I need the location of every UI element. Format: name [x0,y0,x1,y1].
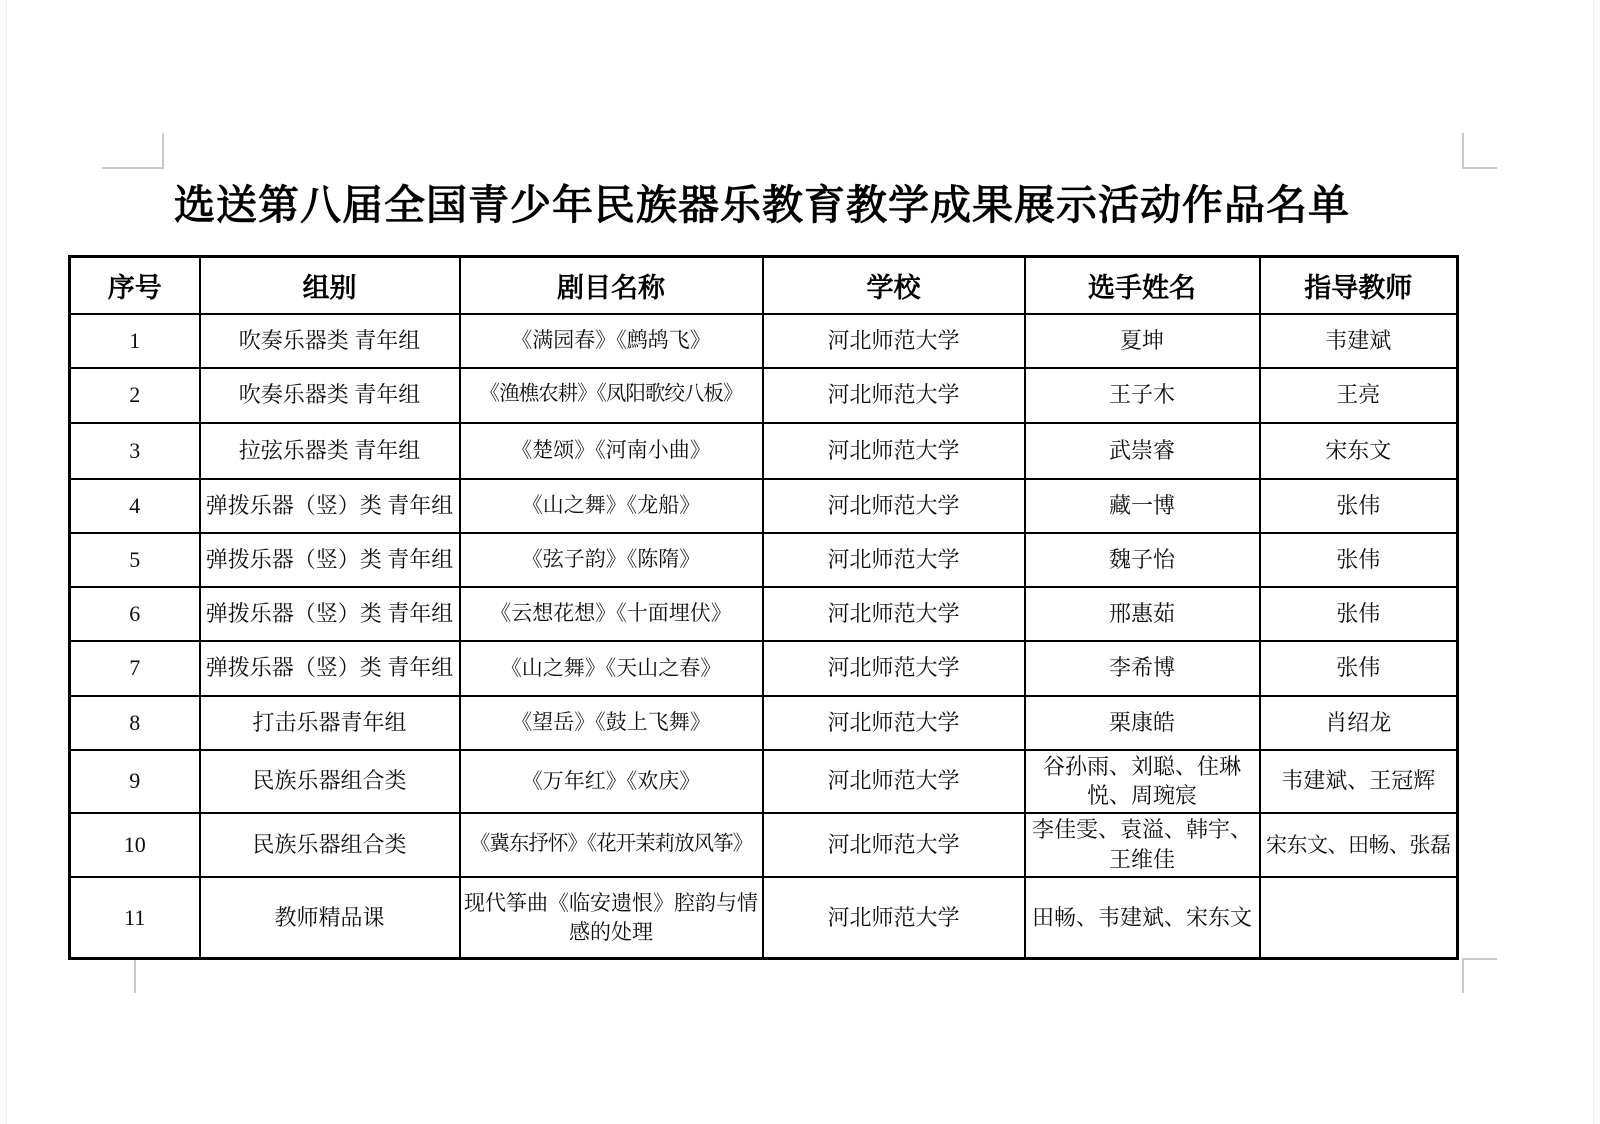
table-cell: 河北师范大学 [763,533,1025,587]
table-cell: 8 [70,696,200,750]
page-title: 选送第八届全国青少年民族器乐教育教学成果展示活动作品名单 [68,172,1456,231]
table-cell: 河北师范大学 [763,696,1025,750]
table-cell: 邢惠茹 [1025,587,1260,641]
table-cell [1260,877,1458,959]
table-cell: 3 [70,423,200,479]
header-cell-group: 组别 [200,257,460,314]
table-cell: 肖绍龙 [1260,696,1458,750]
table-cell: 河北师范大学 [763,641,1025,696]
table-cell: 9 [70,750,200,813]
table-cell: 河北师范大学 [763,479,1025,533]
window-edge-right [1593,0,1600,1124]
table-cell: 《山之舞》《龙船》 [460,479,763,533]
table-row: 8打击乐器青年组《望岳》《鼓上飞舞》河北师范大学栗康皓肖绍龙 [70,696,1458,750]
table-cell: 韦建斌、王冠辉 [1260,750,1458,813]
table-cell: 吹奏乐器类 青年组 [200,314,460,368]
margin-crop-mark-top-right [1462,133,1497,169]
table-cell: 张伟 [1260,587,1458,641]
table-cell: 弹拨乐器（竖）类 青年组 [200,587,460,641]
document-page: 选送第八届全国青少年民族器乐教育教学成果展示活动作品名单 序号 组别 剧目名称 … [0,0,1600,1124]
results-table-header: 序号 组别 剧目名称 学校 选手姓名 指导教师 [70,257,1458,314]
table-cell: 藏一博 [1025,479,1260,533]
table-cell: 王子木 [1025,368,1260,423]
table-cell: 《山之舞》《天山之春》 [460,641,763,696]
table-cell: 韦建斌 [1260,314,1458,368]
table-row: 3拉弦乐器类 青年组《楚颂》《河南小曲》河北师范大学武崇睿宋东文 [70,423,1458,479]
table-cell: 李希博 [1025,641,1260,696]
table-cell: 打击乐器青年组 [200,696,460,750]
table-cell: 弹拨乐器（竖）类 青年组 [200,641,460,696]
table-row: 9民族乐器组合类《万年红》《欢庆》河北师范大学谷孙雨、刘聪、住琳悦、周琬宸韦建斌… [70,750,1458,813]
table-cell: 弹拨乐器（竖）类 青年组 [200,479,460,533]
table-cell: 河北师范大学 [763,813,1025,877]
table-cell: 民族乐器组合类 [200,750,460,813]
table-cell: 河北师范大学 [763,750,1025,813]
table-row: 7弹拨乐器（竖）类 青年组《山之舞》《天山之春》河北师范大学李希博张伟 [70,641,1458,696]
table-cell: 栗康皓 [1025,696,1260,750]
margin-crop-mark-bottom-right [1462,958,1497,993]
table-cell: 吹奏乐器类 青年组 [200,368,460,423]
table-cell: 宋东文 [1260,423,1458,479]
table-cell: 《满园春》《鹧鸪飞》 [460,314,763,368]
table-cell: 《渔樵农耕》《凤阳歌绞八板》 [460,368,763,423]
table-cell: 《弦子韵》《陈隋》 [460,533,763,587]
table-cell: 河北师范大学 [763,423,1025,479]
table-cell: 王亮 [1260,368,1458,423]
table-cell: 田畅、韦建斌、宋东文 [1025,877,1260,959]
table-cell: 4 [70,479,200,533]
table-cell: 5 [70,533,200,587]
table-row: 2吹奏乐器类 青年组《渔樵农耕》《凤阳歌绞八板》河北师范大学王子木王亮 [70,368,1458,423]
table-cell: 《望岳》《鼓上飞舞》 [460,696,763,750]
table-cell: 河北师范大学 [763,314,1025,368]
table-cell: 现代筝曲《临安遗恨》腔韵与情感的处理 [460,877,763,959]
table-cell: 张伟 [1260,479,1458,533]
table-row: 1吹奏乐器类 青年组《满园春》《鹧鸪飞》河北师范大学夏坤韦建斌 [70,314,1458,368]
table-row: 4弹拨乐器（竖）类 青年组《山之舞》《龙船》河北师范大学藏一博张伟 [70,479,1458,533]
table-cell: 教师精品课 [200,877,460,959]
header-cell-repertoire: 剧目名称 [460,257,763,314]
table-row: 5弹拨乐器（竖）类 青年组《弦子韵》《陈隋》河北师范大学魏子怡张伟 [70,533,1458,587]
table-cell: 民族乐器组合类 [200,813,460,877]
margin-crop-mark-bottom-left [102,958,136,993]
table-cell: 宋东文、田畅、张磊 [1260,813,1458,877]
table-cell: 魏子怡 [1025,533,1260,587]
results-table: 序号 组别 剧目名称 学校 选手姓名 指导教师 1吹奏乐器类 青年组《满园春》《… [68,255,1459,960]
header-cell-number: 序号 [70,257,200,314]
table-cell: 张伟 [1260,533,1458,587]
window-edge-left [0,0,7,1124]
table-row: 10民族乐器组合类《冀东抒怀》《花开茉莉放风筝》河北师范大学李佳雯、袁溢、韩宇、… [70,813,1458,877]
table-cell: 《万年红》《欢庆》 [460,750,763,813]
table-row: 6弹拨乐器（竖）类 青年组《云想花想》《十面埋伏》河北师范大学邢惠茹张伟 [70,587,1458,641]
header-row: 序号 组别 剧目名称 学校 选手姓名 指导教师 [70,257,1458,314]
table-cell: 拉弦乐器类 青年组 [200,423,460,479]
table-cell: 10 [70,813,200,877]
table-cell: 河北师范大学 [763,368,1025,423]
header-cell-contestants: 选手姓名 [1025,257,1260,314]
table-cell: 谷孙雨、刘聪、住琳悦、周琬宸 [1025,750,1260,813]
table-cell: 张伟 [1260,641,1458,696]
table-cell: 2 [70,368,200,423]
table-cell: 夏坤 [1025,314,1260,368]
header-cell-instructors: 指导教师 [1260,257,1458,314]
table-cell: 1 [70,314,200,368]
table-cell: 弹拨乐器（竖）类 青年组 [200,533,460,587]
table-cell: 李佳雯、袁溢、韩宇、王维佳 [1025,813,1260,877]
table-cell: 6 [70,587,200,641]
table-cell: 《云想花想》《十面埋伏》 [460,587,763,641]
margin-crop-mark-top-left [102,133,164,169]
table-cell: 7 [70,641,200,696]
table-row: 11教师精品课现代筝曲《临安遗恨》腔韵与情感的处理河北师范大学田畅、韦建斌、宋东… [70,877,1458,959]
table-cell: 《冀东抒怀》《花开茉莉放风筝》 [460,813,763,877]
table-cell: 河北师范大学 [763,587,1025,641]
table-cell: 11 [70,877,200,959]
table-cell: 河北师范大学 [763,877,1025,959]
header-cell-school: 学校 [763,257,1025,314]
results-table-body: 1吹奏乐器类 青年组《满园春》《鹧鸪飞》河北师范大学夏坤韦建斌2吹奏乐器类 青年… [70,314,1458,959]
table-cell: 《楚颂》《河南小曲》 [460,423,763,479]
table-cell: 武崇睿 [1025,423,1260,479]
